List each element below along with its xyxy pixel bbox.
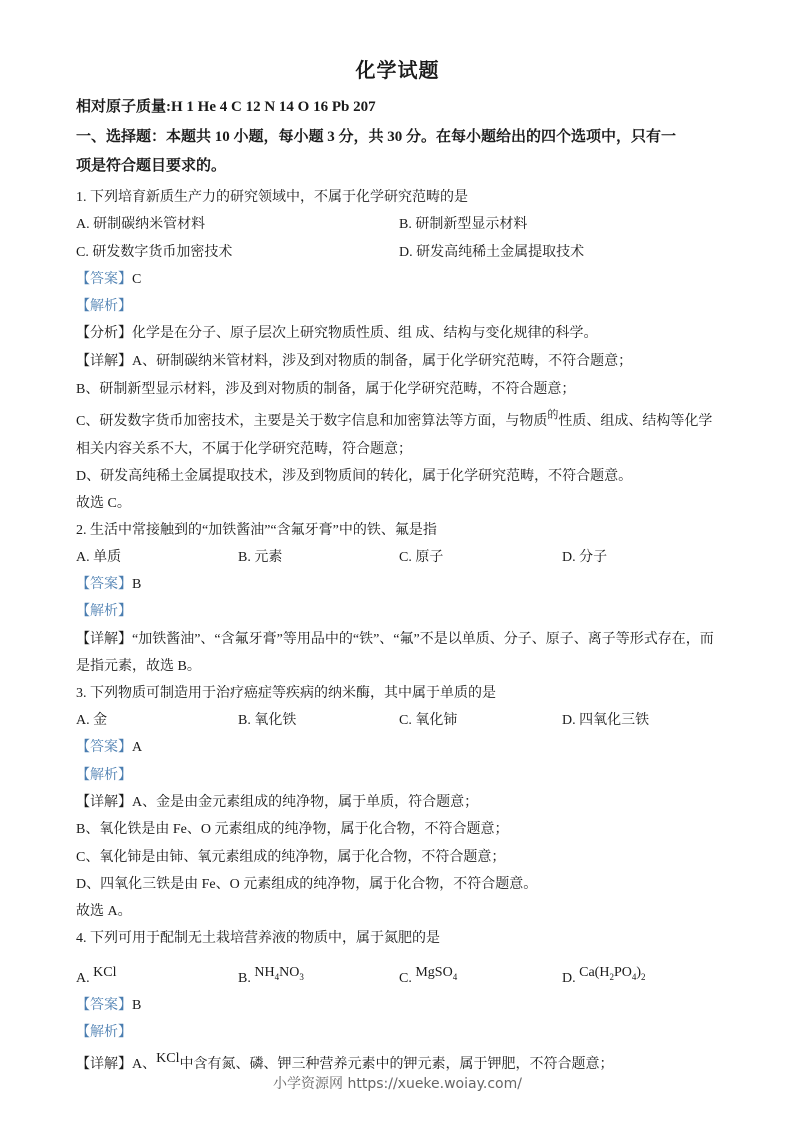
q1-detail-c: C、研发数字货币加密技术，主要是关于数字信息和加密算法等方面，与物质的性质、组成…	[76, 413, 712, 431]
q3-option-d: D. 四氧化三铁	[562, 712, 649, 730]
question-1-stem: 1. 下列培育新质生产力的研究领域中，不属于化学研究范畴的是	[76, 189, 468, 207]
q3-analysis-label: 【解析】	[76, 767, 132, 785]
option-letter: A.	[76, 971, 90, 986]
atomic-mass: 相对原子质量:H 1 He 4 C 12 N 14 O 16 Pb 207	[76, 98, 376, 116]
q4-analysis-label: 【解析】	[76, 1024, 132, 1042]
q2-option-b: B. 元素	[238, 549, 282, 567]
detail-text: 性质、组成、结构等化学	[558, 414, 712, 429]
superscript-char: 的	[547, 409, 558, 421]
answer-value: B	[132, 998, 141, 1013]
answer-label: 【答案】	[76, 998, 132, 1013]
q2-analysis-label: 【解析】	[76, 603, 132, 621]
q2-option-c: C. 原子	[399, 549, 443, 567]
q3-option-c: C. 氧化铈	[399, 712, 457, 730]
q1-fenxi: 【分析】化学是在分子、原子层次上研究物质性质、组 成、结构与变化规律的科学。	[76, 325, 598, 343]
option-letter: C.	[399, 971, 412, 986]
q3-detail-b: B、氧化铁是由 Fe、O 元素组成的纯净物，属于化合物，不符合题意；	[76, 821, 508, 839]
question-2-stem: 2. 生活中常接触到的“加铁酱油”“含氟牙膏”中的铁、氟是指	[76, 522, 437, 540]
page-title: 化学试题	[0, 54, 795, 83]
q3-conclusion: 故选 A。	[76, 903, 132, 921]
answer-value: B	[132, 577, 141, 592]
detail-label: 【详解】	[76, 354, 132, 369]
fenxi-label: 【分析】	[76, 326, 132, 341]
q4-option-c: C. MgSO4	[399, 970, 457, 992]
q4-option-d: D. Ca(H2PO4)2	[562, 970, 646, 992]
formula-kcl: KCl	[93, 965, 116, 980]
watermark: 小学资源网 https://xueke.woiay.com/	[0, 1073, 795, 1093]
question-4-stem: 4. 下列可用于配制无土栽培营养液的物质中，属于氮肥的是	[76, 930, 440, 948]
q1-option-c: C. 研发数字货币加密技术	[76, 244, 232, 262]
q3-detail-a: 【详解】A、金是由金元素组成的纯净物，属于单质，符合题意；	[76, 794, 478, 812]
q4-option-b: B. NH4NO3	[238, 970, 304, 992]
answer-value: A	[132, 740, 142, 755]
q2-detail-cont: 是指元素，故选 B。	[76, 658, 201, 676]
q1-answer: 【答案】C	[76, 271, 141, 289]
q2-detail: 【详解】“加铁酱油”、“含氟牙膏”等用品中的“铁”、“氟”不是以单质、分子、原子…	[76, 631, 714, 649]
answer-label: 【答案】	[76, 577, 132, 592]
detail-text: 中含有氮、磷、钾三种营养元素中的钾元素，属于钾肥，不符合题意；	[179, 1057, 613, 1072]
q3-detail-d: D、四氧化三铁是由 Fe、O 元素组成的纯净物，属于化合物，不符合题意。	[76, 876, 537, 894]
answer-value: C	[132, 272, 141, 287]
q1-option-b: B. 研制新型显示材料	[399, 216, 527, 234]
q1-detail-a: 【详解】A、研制碳纳米管材料，涉及到对物质的制备，属于化学研究范畴，不符合题意；	[76, 353, 632, 371]
section-heading-line1: 一、选择题：本题共 10 小题，每小题 3 分，共 30 分。在每小题给出的四个…	[76, 128, 676, 146]
q2-answer: 【答案】B	[76, 576, 141, 594]
answer-label: 【答案】	[76, 272, 132, 287]
section-heading-line2: 项是符合题目要求的。	[76, 157, 226, 175]
question-3-stem: 3. 下列物质可制造用于治疗癌症等疾病的纳米酶，其中属于单质的是	[76, 685, 496, 703]
detail-label: 【详解】	[76, 795, 132, 810]
q4-answer: 【答案】B	[76, 997, 141, 1015]
q1-option-a: A. 研制碳纳米管材料	[76, 216, 205, 234]
q1-detail-c-cont: 相关内容关系不大，不属于化学研究范畴，符合题意；	[76, 441, 412, 459]
option-letter: B.	[238, 971, 251, 986]
detail-label: 【详解】	[76, 1057, 132, 1072]
formula-mgso4: MgSO4	[415, 965, 457, 980]
q1-detail-d: D、研发高纯稀土金属提取技术，涉及到物质间的转化，属于化学研究范畴，不符合题意。	[76, 468, 632, 486]
fenxi-text: 化学是在分子、原子层次上研究物质性质、组 成、结构与变化规律的科学。	[132, 326, 598, 341]
detail-text: A、金是由金元素组成的纯净物，属于单质，符合题意；	[132, 795, 478, 810]
q1-conclusion: 故选 C。	[76, 495, 131, 513]
q3-option-b: B. 氧化铁	[238, 712, 296, 730]
detail-text: C、研发数字货币加密技术，主要是关于数字信息和加密算法等方面，与物质	[76, 414, 547, 429]
q3-answer: 【答案】A	[76, 739, 142, 757]
q3-detail-c: C、氧化铈是由铈、氧元素组成的纯净物，属于化合物，不符合题意；	[76, 849, 505, 867]
option-letter: D.	[562, 971, 576, 986]
q3-option-a: A. 金	[76, 712, 107, 730]
q1-analysis-label: 【解析】	[76, 298, 132, 316]
detail-text: A、	[132, 1057, 156, 1072]
q2-option-d: D. 分子	[562, 549, 607, 567]
q2-option-a: A. 单质	[76, 549, 121, 567]
detail-text: A、研制碳纳米管材料，涉及到对物质的制备，属于化学研究范畴，不符合题意；	[132, 354, 632, 369]
formula-ca-h2po4-2: Ca(H2PO4)2	[579, 965, 645, 980]
formula-kcl: KCl	[156, 1051, 179, 1066]
detail-text: “加铁酱油”、“含氟牙膏”等用品中的“铁”、“氟”不是以单质、分子、原子、离子等…	[132, 632, 714, 647]
q4-option-a: A. KCl	[76, 970, 116, 988]
answer-label: 【答案】	[76, 740, 132, 755]
formula-nh4no3: NH4NO3	[254, 965, 303, 980]
q1-detail-b: B、研制新型显示材料，涉及到对物质的制备，属于化学研究范畴，不符合题意；	[76, 381, 575, 399]
q1-option-d: D. 研发高纯稀土金属提取技术	[399, 244, 584, 262]
detail-label: 【详解】	[76, 632, 132, 647]
q4-detail-a: 【详解】A、KCl中含有氮、磷、钾三种营养元素中的钾元素，属于钾肥，不符合题意；	[76, 1056, 613, 1074]
